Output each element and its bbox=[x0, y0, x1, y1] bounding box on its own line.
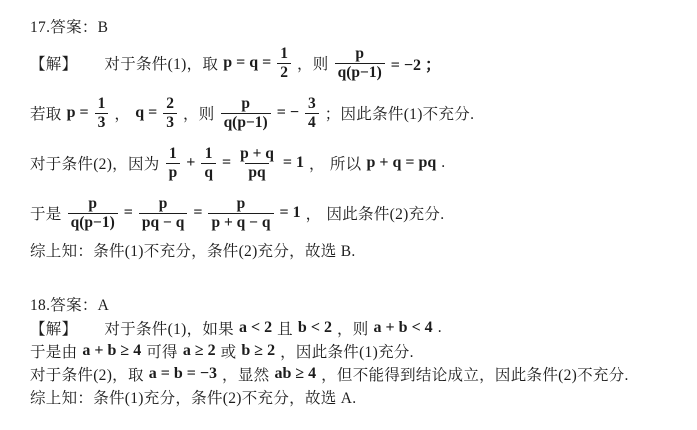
fraction-denominator: p bbox=[166, 163, 181, 182]
p17-l2-post: ；因此条件(1)不充分. bbox=[325, 102, 475, 124]
equals-operator: = bbox=[222, 154, 231, 172]
p17-conclusion-line: 综上知：条件(1)不充分，条件(2)充分，故选 B. bbox=[30, 238, 689, 262]
equals-operator: = bbox=[193, 204, 202, 222]
p17-solution-line2: 若取 p = 1 3 ， q = 2 3 ，则 p q(p−1) = − 3 4… bbox=[30, 88, 689, 138]
p17-solution-line3: 对于条件(2)，因为 1 p + 1 q = p + q pq = 1 ， 所以… bbox=[30, 138, 689, 188]
fraction-three-quarters: 3 4 bbox=[305, 95, 319, 132]
p17-l4-post: 因此条件(2)充分. bbox=[326, 202, 444, 224]
fraction-denominator: q(p−1) bbox=[68, 213, 118, 232]
p18-l2-s2: 可得 bbox=[146, 340, 178, 362]
p18-answer-text: 18.答案：A bbox=[30, 293, 109, 315]
p18-l1-s4: . bbox=[438, 319, 442, 337]
fraction-numerator: p bbox=[156, 195, 171, 213]
fraction-numerator: p bbox=[238, 95, 253, 113]
fraction-numerator: 1 bbox=[166, 145, 180, 163]
p18-l1-m1: a < 2 bbox=[239, 319, 272, 337]
p18-l2-m2: a ≥ 2 bbox=[183, 342, 216, 360]
fraction-numerator: p bbox=[352, 45, 367, 63]
fraction-numerator: 2 bbox=[163, 95, 177, 113]
p17-l4-pre: 于是 bbox=[30, 202, 62, 224]
p18-l3-s3: ，但不能得到结论成立，因此条件(2)不充分. bbox=[321, 363, 629, 385]
p17-l2-sep1: ， bbox=[114, 102, 130, 124]
fraction-pq-sum-over-pq: p + q pq bbox=[237, 145, 277, 182]
fraction-numerator: 1 bbox=[95, 95, 109, 113]
p17-answer-line: 17.答案：B bbox=[30, 14, 689, 38]
p18-solution-line2: 于是由 a + b ≥ 4 可得 a ≥ 2 或 b ≥ 2 ，因此条件(1)充… bbox=[30, 339, 689, 362]
fraction-denominator: 2 bbox=[277, 63, 291, 82]
solution-tag: 【解】 bbox=[30, 317, 77, 339]
p17-l3-eq: = 1 bbox=[283, 154, 304, 172]
p17-l2-pre: 若取 bbox=[30, 102, 62, 124]
p18-l1-s1: 对于条件(1)，如果 bbox=[104, 317, 234, 339]
fraction-numerator: p bbox=[234, 195, 249, 213]
p17-l2-sep2: ，则 bbox=[183, 102, 215, 124]
p17-l3-pre: 对于条件(2)，因为 bbox=[30, 152, 160, 174]
fraction-denominator: pq − q bbox=[139, 213, 187, 232]
p18-solution-line1: 【解】 对于条件(1)，如果 a < 2 且 b < 2 ，则 a + b < … bbox=[30, 316, 689, 339]
fraction-denominator: q bbox=[201, 163, 216, 182]
p18-l1-m3: a + b < 4 bbox=[374, 319, 433, 337]
p18-l3-s2: ，显然 bbox=[222, 363, 269, 385]
p17-l3-mid: 所以 bbox=[330, 152, 362, 174]
fraction-numerator: p + q bbox=[237, 145, 277, 163]
fraction-one-third: 1 3 bbox=[95, 95, 109, 132]
p18-l3-m1: a = b = −3 bbox=[149, 365, 217, 383]
fraction-denominator: 3 bbox=[163, 113, 177, 132]
p17-l3-sep: ， bbox=[309, 152, 325, 174]
p18-l2-s4: ，因此条件(1)充分. bbox=[280, 340, 414, 362]
p17-l1-post: = −2 ； bbox=[391, 52, 441, 75]
equals-operator: = bbox=[124, 204, 133, 222]
p17-l4-eq: = 1 bbox=[280, 204, 301, 222]
fraction-p-over-p-plus-q-minus-q: p p + q − q bbox=[208, 195, 273, 232]
fraction-numerator: 1 bbox=[277, 45, 291, 63]
fraction-denominator: q(p−1) bbox=[335, 63, 385, 82]
p18-conclusion-line: 综上知：条件(1)充分，条件(2)不充分，故选 A. bbox=[30, 385, 689, 408]
p17-solution-line4: 于是 p q(p−1) = p pq − q = p p + q − q = 1… bbox=[30, 188, 689, 238]
fraction-denominator: pq bbox=[245, 163, 268, 182]
p17-l1-mid: ，则 bbox=[297, 52, 329, 74]
fraction-one-over-q: 1 q bbox=[201, 145, 216, 182]
p17-l1-pre: 对于条件(1)，取 bbox=[104, 52, 218, 74]
p18-answer-line: 18.答案：A bbox=[30, 292, 689, 316]
p17-l2-eq1: p = bbox=[67, 104, 89, 122]
p17-solution-line1: 【解】 对于条件(1)，取 p = q = 1 2 ，则 p q(p−1) = … bbox=[30, 38, 689, 88]
solution-tag: 【解】 bbox=[30, 52, 77, 74]
p18-l1-s2: 且 bbox=[277, 317, 293, 339]
p17-conclusion-text: 综上知：条件(1)不充分，条件(2)充分，故选 B. bbox=[30, 239, 356, 261]
p18-l1-m2: b < 2 bbox=[298, 319, 332, 337]
fraction-denominator: 3 bbox=[95, 113, 109, 132]
p18-l3-s1: 对于条件(2)，取 bbox=[30, 363, 144, 385]
fraction-numerator: 1 bbox=[202, 145, 216, 163]
p17-l2-eq3: = − bbox=[277, 104, 299, 122]
fraction-numerator: 3 bbox=[305, 95, 319, 113]
p17-l4-sep: ， bbox=[306, 202, 322, 224]
p17-answer-text: 17.答案：B bbox=[30, 15, 108, 37]
p18-l2-s1: 于是由 bbox=[30, 340, 77, 362]
p18-l3-m2: ab ≥ 4 bbox=[274, 365, 316, 383]
fraction-one-half: 1 2 bbox=[277, 45, 291, 82]
fraction-two-thirds: 2 3 bbox=[163, 95, 177, 132]
plus-operator: + bbox=[186, 154, 195, 172]
fraction-p-over-qp1: p q(p−1) bbox=[335, 45, 385, 82]
fraction-p-over-pq-minus-q: p pq − q bbox=[139, 195, 187, 232]
fraction-numerator: p bbox=[85, 195, 100, 213]
fraction-p-over-qp1: p q(p−1) bbox=[221, 95, 271, 132]
fraction-denominator: p + q − q bbox=[208, 213, 273, 232]
p17-l1-eq1: p = q = bbox=[223, 54, 271, 72]
fraction-denominator: q(p−1) bbox=[221, 113, 271, 132]
p18-conclusion-text: 综上知：条件(1)充分，条件(2)不充分，故选 A. bbox=[30, 386, 356, 408]
p17-l2-eq2: q = bbox=[135, 104, 157, 122]
fraction-p-over-qp1: p q(p−1) bbox=[68, 195, 118, 232]
fraction-denominator: 4 bbox=[305, 113, 319, 132]
p18-l2-s3: 或 bbox=[221, 340, 237, 362]
p18-solution-line3: 对于条件(2)，取 a = b = −3 ，显然 ab ≥ 4 ，但不能得到结论… bbox=[30, 362, 689, 385]
p18-l1-s3: ，则 bbox=[337, 317, 369, 339]
document-page: 17.答案：B 【解】 对于条件(1)，取 p = q = 1 2 ，则 p q… bbox=[0, 0, 697, 408]
p18-l2-m3: b ≥ 2 bbox=[241, 342, 275, 360]
p17-l3-math: p + q = pq bbox=[366, 154, 436, 172]
p18-l2-m1: a + b ≥ 4 bbox=[82, 342, 141, 360]
p17-l3-post: . bbox=[441, 154, 445, 172]
fraction-one-over-p: 1 p bbox=[166, 145, 181, 182]
